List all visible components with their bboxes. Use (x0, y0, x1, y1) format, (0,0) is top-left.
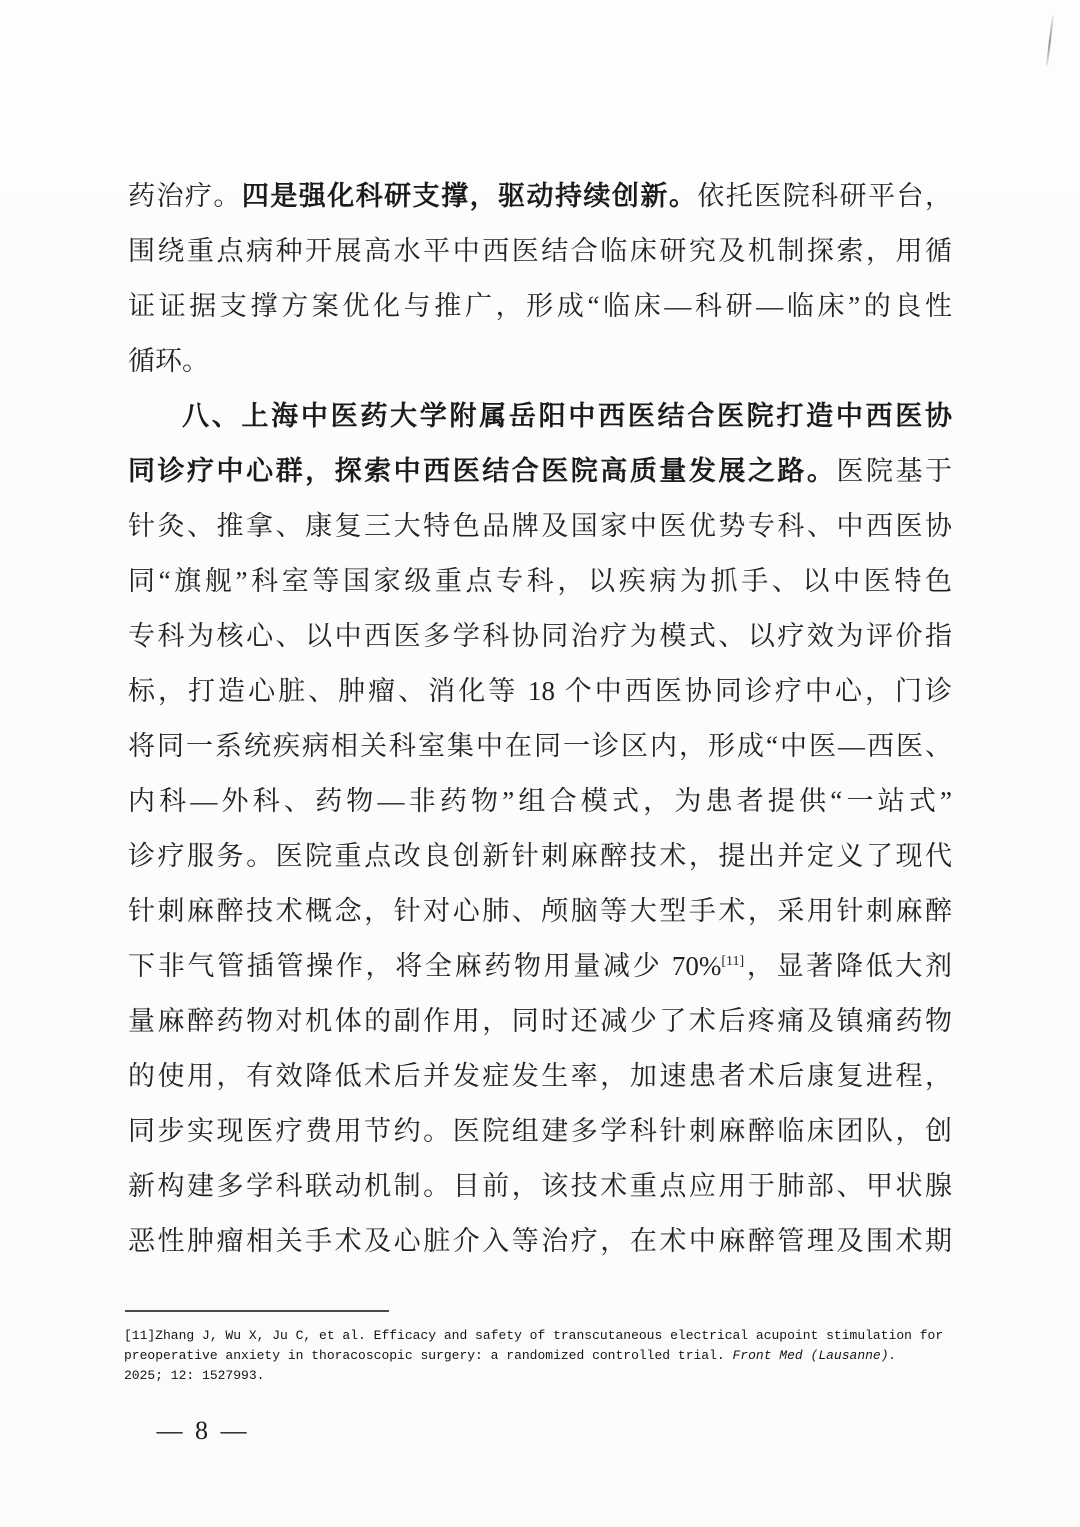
text-line: 针灸、推拿、康复三大特色品牌及国家中医优势专科、中西医协 (128, 499, 952, 554)
text-line: 专科为核心、以中西医多学科协同治疗为模式、以疗效为评价指 (128, 609, 952, 664)
text-line: 新构建多学科联动机制。目前，该技术重点应用于肺部、甲状腺 (128, 1159, 952, 1214)
text-line: 八、上海中医药大学附属岳阳中西医结合医院打造中西医协 (128, 389, 952, 444)
text-line: 证证据支撑方案优化与推广，形成“临床—科研—临床”的良性 (128, 279, 952, 334)
text-segment: 同诊疗中心群，探索中西医结合医院高质量发展之路。 (128, 456, 836, 486)
text-segment: 八、上海中医药大学附属岳阳中西医结合医院打造中西医协 (182, 401, 952, 431)
body-text: 药治疗。四是强化科研支撑，驱动持续创新。依托医院科研平台，围绕重点病种开展高水平… (128, 169, 952, 1269)
text-segment: 围绕重点病种开展高水平中西医结合临床研究及机制探索，用循 (128, 236, 952, 266)
footnote-line: preoperative anxiety in thoracoscopic su… (124, 1346, 964, 1366)
footnote-line: [11]Zhang J, Wu X, Ju C, et al. Efficacy… (124, 1326, 964, 1346)
text-segment: Front Med (Lausanne). (733, 1348, 897, 1363)
text-line: 的使用，有效降低术后并发症发生率，加速患者术后康复进程， (128, 1049, 952, 1104)
text-line: 循环。 (128, 334, 952, 389)
text-segment: 同步实现医疗费用节约。医院组建多学科针刺麻醉临床团队，创 (128, 1116, 952, 1146)
text-line: 诊疗服务。医院重点改良创新针刺麻醉技术，提出并定义了现代 (128, 829, 952, 884)
text-segment: 针灸、推拿、康复三大特色品牌及国家中医优势专科、中西医协 (128, 511, 952, 541)
text-line: 药治疗。四是强化科研支撑，驱动持续创新。依托医院科研平台， (128, 169, 952, 224)
text-line: 针刺麻醉技术概念，针对心肺、颅脑等大型手术，采用针刺麻醉 (128, 884, 952, 939)
text-segment: 同“旗舰”科室等国家级重点专科，以疾病为抓手、以中医特色 (128, 566, 952, 596)
text-line: 标，打造心脏、肿瘤、消化等 18 个中西医协同诊疗中心，门诊 (128, 664, 952, 719)
text-segment: 将同一系统疾病相关科室集中在同一诊区内，形成“中医—西医、 (128, 731, 952, 761)
text-segment: 2025; 12: 1527993. (124, 1368, 264, 1383)
document-page: 药治疗。四是强化科研支撑，驱动持续创新。依托医院科研平台，围绕重点病种开展高水平… (0, 0, 1080, 1527)
text-segment: 恶性肿瘤相关手术及心脏介入等治疗，在术中麻醉管理及围术期 (128, 1226, 952, 1256)
text-line: 同诊疗中心群，探索中西医结合医院高质量发展之路。医院基于 (128, 444, 952, 499)
text-line: 恶性肿瘤相关手术及心脏介入等治疗，在术中麻醉管理及围术期 (128, 1214, 952, 1269)
text-line: 量麻醉药物对机体的副作用，同时还减少了术后疼痛及镇痛药物 (128, 994, 952, 1049)
text-segment: 专科为核心、以中西医多学科协同治疗为模式、以疗效为评价指 (128, 621, 952, 651)
footnote-reference-marker: [11] (721, 953, 744, 969)
text-line: 下非气管插管操作，将全麻药物用量减少 70%[11]，显著降低大剂 (128, 939, 952, 994)
text-segment: ，显著降低大剂 (744, 951, 952, 981)
text-segment: 依托医院科研平台， (697, 181, 952, 211)
text-segment: 循环。 (128, 346, 209, 376)
text-segment: 证证据支撑方案优化与推广，形成“临床—科研—临床”的良性 (128, 291, 952, 321)
text-line: 内科—外科、药物—非药物”组合模式，为患者提供“一站式” (128, 774, 952, 829)
text-segment: 药治疗。 (128, 181, 242, 211)
footnote: [11]Zhang J, Wu X, Ju C, et al. Efficacy… (124, 1326, 964, 1386)
page-number: — 8 — (128, 1416, 278, 1446)
text-segment: 标，打造心脏、肿瘤、消化等 18 个中西医协同诊疗中心，门诊 (128, 676, 952, 706)
text-segment: 诊疗服务。医院重点改良创新针刺麻醉技术，提出并定义了现代 (128, 841, 952, 871)
text-segment: 医院基于 (836, 456, 952, 486)
text-segment: 的使用，有效降低术后并发症发生率，加速患者术后康复进程， (128, 1061, 952, 1091)
text-segment: preoperative anxiety in thoracoscopic su… (124, 1348, 733, 1363)
text-segment: 下非气管插管操作，将全麻药物用量减少 70% (128, 951, 721, 981)
footnote-line: 2025; 12: 1527993. (124, 1366, 964, 1386)
text-segment: 量麻醉药物对机体的副作用，同时还减少了术后疼痛及镇痛药物 (128, 1006, 952, 1036)
footnote-separator (125, 1310, 389, 1312)
text-segment: 四是强化科研支撑，驱动持续创新。 (242, 181, 697, 211)
text-line: 将同一系统疾病相关科室集中在同一诊区内，形成“中医—西医、 (128, 719, 952, 774)
text-segment: 针刺麻醉技术概念，针对心肺、颅脑等大型手术，采用针刺麻醉 (128, 896, 952, 926)
text-segment: 新构建多学科联动机制。目前，该技术重点应用于肺部、甲状腺 (128, 1171, 952, 1201)
text-segment: 内科—外科、药物—非药物”组合模式，为患者提供“一站式” (128, 786, 952, 816)
scan-artifact-line (1046, 15, 1054, 65)
text-segment: [11]Zhang J, Wu X, Ju C, et al. Efficacy… (124, 1328, 943, 1343)
text-line: 同步实现医疗费用节约。医院组建多学科针刺麻醉临床团队，创 (128, 1104, 952, 1159)
text-line: 围绕重点病种开展高水平中西医结合临床研究及机制探索，用循 (128, 224, 952, 279)
text-line: 同“旗舰”科室等国家级重点专科，以疾病为抓手、以中医特色 (128, 554, 952, 609)
